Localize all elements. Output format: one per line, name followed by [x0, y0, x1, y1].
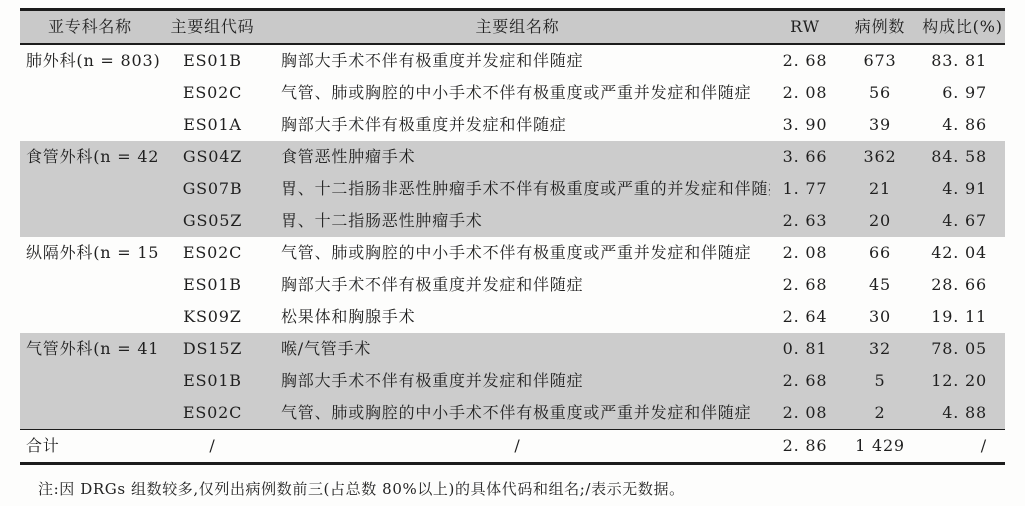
table-row: GS07B 胃、十二指肠非恶性肿瘤手术不伴有极重度或严重的并发症和伴随症 1. … [20, 173, 1005, 205]
pct-cell: 78. 05 [920, 333, 1005, 365]
code-cell: ES01B [160, 365, 265, 397]
code-cell: ES01B [160, 45, 265, 77]
table-row: 食管外科(n = 428) GS04Z 食管恶性肿瘤手术 3. 66 362 8… [20, 141, 1005, 173]
group-name-cell: 松果体和胸腺手术 [265, 301, 770, 333]
cases-cell: 45 [840, 269, 920, 301]
rw-cell: 2. 63 [770, 205, 840, 237]
pct-cell: 28. 66 [920, 269, 1005, 301]
rw-cell: 2. 68 [770, 365, 840, 397]
group-name-cell: 胃、十二指肠恶性肿瘤手术 [265, 205, 770, 237]
subspecialty-cell: 气管外科(n = 41) [20, 333, 160, 365]
table-row: ES02C 气管、肺或胸腔的中小手术不伴有极重度或严重并发症和伴随症 2. 08… [20, 77, 1005, 109]
cases-cell: 20 [840, 205, 920, 237]
pct-cell: 4. 86 [920, 109, 1005, 141]
column-header-rw: RW [770, 10, 840, 44]
column-header-group-name: 主要组名称 [265, 10, 770, 44]
group-name-cell: 气管、肺或胸腔的中小手术不伴有极重度或严重并发症和伴随症 [265, 77, 770, 109]
pct-cell: 4. 67 [920, 205, 1005, 237]
table-row: GS05Z 胃、十二指肠恶性肿瘤手术 2. 63 20 4. 67 [20, 205, 1005, 237]
group-name-cell: 喉/气管手术 [265, 333, 770, 365]
total-rw-cell: 2. 86 [770, 430, 840, 462]
table-row: ES01B 胸部大手术不伴有极重度并发症和伴随症 2. 68 45 28. 66 [20, 269, 1005, 301]
rw-cell: 0. 81 [770, 333, 840, 365]
group-name-cell: 胸部大手术不伴有极重度并发症和伴随症 [265, 45, 770, 77]
group-name-cell: 气管、肺或胸腔的中小手术不伴有极重度或严重并发症和伴随症 [265, 397, 770, 429]
pct-cell: 83. 81 [920, 45, 1005, 77]
total-row: 合计 / / 2. 86 1 429 / [20, 429, 1005, 462]
pct-cell: 84. 58 [920, 141, 1005, 173]
total-group-name-cell: / [265, 430, 770, 462]
code-cell: GS07B [160, 173, 265, 205]
rw-cell: 2. 08 [770, 237, 840, 269]
code-cell: ES02C [160, 397, 265, 429]
column-header-pct: 构成比(%) [920, 10, 1005, 44]
total-cases-cell: 1 429 [840, 430, 920, 462]
cases-cell: 21 [840, 173, 920, 205]
table-row: 肺外科(n = 803) ES01B 胸部大手术不伴有极重度并发症和伴随症 2.… [20, 45, 1005, 77]
group-name-cell: 气管、肺或胸腔的中小手术不伴有极重度或严重并发症和伴随症 [265, 237, 770, 269]
table-row: KS09Z 松果体和胸腺手术 2. 64 30 19. 11 [20, 301, 1005, 333]
section-lung-surgery: 肺外科(n = 803) ES01B 胸部大手术不伴有极重度并发症和伴随症 2.… [20, 45, 1005, 141]
group-name-cell: 胸部大手术不伴有极重度并发症和伴随症 [265, 269, 770, 301]
cases-cell: 56 [840, 77, 920, 109]
table-row: 气管外科(n = 41) DS15Z 喉/气管手术 0. 81 32 78. 0… [20, 333, 1005, 365]
table-header-row: 亚专科名称 主要组代码 主要组名称 RW 病例数 构成比(%) [20, 11, 1005, 45]
code-cell: GS04Z [160, 141, 265, 173]
rw-cell: 3. 90 [770, 109, 840, 141]
column-header-subspecialty: 亚专科名称 [20, 10, 160, 44]
total-label: 合计 [20, 430, 160, 462]
code-cell: DS15Z [160, 333, 265, 365]
cases-cell: 30 [840, 301, 920, 333]
table-row: 纵隔外科(n = 157) ES02C 气管、肺或胸腔的中小手术不伴有极重度或严… [20, 237, 1005, 269]
group-name-cell: 胃、十二指肠非恶性肿瘤手术不伴有极重度或严重的并发症和伴随症 [265, 173, 770, 205]
rw-cell: 2. 68 [770, 45, 840, 77]
cases-cell: 2 [840, 397, 920, 429]
code-cell: ES01B [160, 269, 265, 301]
section-tracheal-surgery: 气管外科(n = 41) DS15Z 喉/气管手术 0. 81 32 78. 0… [20, 333, 1005, 429]
cases-cell: 39 [840, 109, 920, 141]
pct-cell: 6. 97 [920, 77, 1005, 109]
cases-cell: 66 [840, 237, 920, 269]
subspecialty-cell: 食管外科(n = 428) [20, 141, 160, 173]
pct-cell: 12. 20 [920, 365, 1005, 397]
section-mediastinal-surgery: 纵隔外科(n = 157) ES02C 气管、肺或胸腔的中小手术不伴有极重度或严… [20, 237, 1005, 333]
code-cell: ES02C [160, 237, 265, 269]
subspecialty-cell: 纵隔外科(n = 157) [20, 237, 160, 269]
cases-cell: 32 [840, 333, 920, 365]
rw-cell: 2. 08 [770, 397, 840, 429]
rw-cell: 2. 68 [770, 269, 840, 301]
total-code-cell: / [160, 430, 265, 462]
table-row: ES02C 气管、肺或胸腔的中小手术不伴有极重度或严重并发症和伴随症 2. 08… [20, 397, 1005, 429]
table-row: ES01A 胸部大手术伴有极重度并发症和伴随症 3. 90 39 4. 86 [20, 109, 1005, 141]
table-row: ES01B 胸部大手术不伴有极重度并发症和伴随症 2. 68 5 12. 20 [20, 365, 1005, 397]
pct-cell: 19. 11 [920, 301, 1005, 333]
group-name-cell: 食管恶性肿瘤手术 [265, 141, 770, 173]
group-name-cell: 胸部大手术不伴有极重度并发症和伴随症 [265, 365, 770, 397]
section-esophageal-surgery: 食管外科(n = 428) GS04Z 食管恶性肿瘤手术 3. 66 362 8… [20, 141, 1005, 237]
rw-cell: 3. 66 [770, 141, 840, 173]
code-cell: ES02C [160, 77, 265, 109]
group-name-cell: 胸部大手术伴有极重度并发症和伴随症 [265, 109, 770, 141]
rw-cell: 2. 08 [770, 77, 840, 109]
cases-cell: 5 [840, 365, 920, 397]
rw-cell: 1. 77 [770, 173, 840, 205]
total-pct-cell: / [920, 430, 1005, 462]
column-header-cases: 病例数 [840, 10, 920, 44]
cases-cell: 673 [840, 45, 920, 77]
code-cell: ES01A [160, 109, 265, 141]
table-footnote: 注:因 DRGs 组数较多,仅列出病例数前三(占总数 80%以上)的具体代码和组… [38, 478, 998, 499]
pct-cell: 4. 88 [920, 397, 1005, 429]
pct-cell: 4. 91 [920, 173, 1005, 205]
column-header-code: 主要组代码 [160, 10, 265, 44]
drg-table: 亚专科名称 主要组代码 主要组名称 RW 病例数 构成比(%) 肺外科(n = … [20, 8, 1005, 465]
subspecialty-cell: 肺外科(n = 803) [20, 45, 160, 77]
cases-cell: 362 [840, 141, 920, 173]
rw-cell: 2. 64 [770, 301, 840, 333]
code-cell: KS09Z [160, 301, 265, 333]
code-cell: GS05Z [160, 205, 265, 237]
pct-cell: 42. 04 [920, 237, 1005, 269]
